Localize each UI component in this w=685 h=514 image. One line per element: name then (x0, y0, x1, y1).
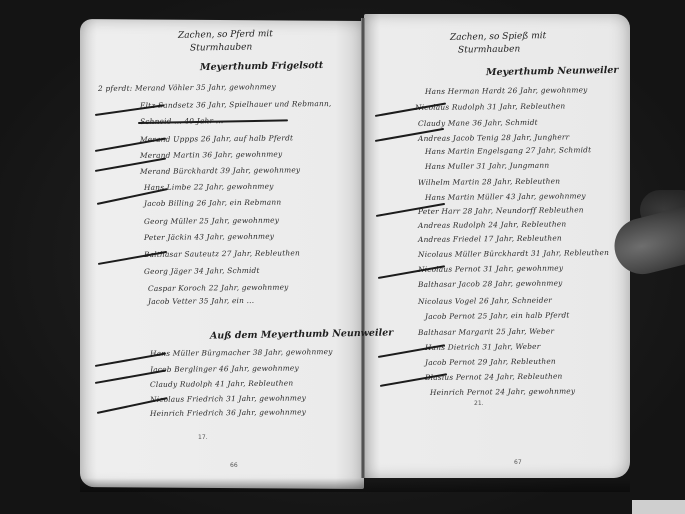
right-title-line1: Zachen, so Spieß mit (450, 31, 546, 43)
right-section-heading: Meyerthumb Neunweiler (486, 65, 619, 78)
entry-line: Hans Martin Engelsgang 27 Jahr, Schmidt (425, 145, 591, 156)
right-manuscript-page (364, 14, 630, 478)
right-folio-number: 21. (474, 400, 484, 407)
entry-line: Claudy Mane 36 Jahr, Schmidt (418, 118, 538, 128)
left-folio-number: 17. (198, 434, 208, 441)
entry-line: Andreas Jacob Tenig 28 Jahr, Jungherr (418, 132, 569, 143)
entry-line: Balthasar Margarit 25 Jahr, Weber (418, 327, 554, 337)
entry-line: Nicolaus Friedrich 31 Jahr, gewohnmey (150, 393, 306, 404)
entry-line: Heinrich Friedrich 36 Jahr, gewohnmey (150, 407, 306, 418)
entry-line: Hans Martin Müller 43 Jahr, gewohnmey (425, 191, 586, 202)
entry-line: Andreas Friedel 17 Jahr, Rebleuthen (418, 233, 562, 244)
left-stamp-number: 66 (230, 462, 238, 469)
entry-line: Merand Bürckhardt 39 Jahr, gewohnmey (140, 165, 300, 176)
right-stamp-number: 67 (514, 459, 522, 466)
entry-line: Georg Müller 25 Jahr, gewohnmey (144, 216, 279, 226)
entry-line: Balthasar Sauteutz 27 Jahr, Rebleuthen (144, 248, 300, 259)
table-surface-corner (632, 500, 685, 514)
entry-line: Andreas Rudolph 24 Jahr, Rebleuthen (418, 219, 566, 230)
entry-line: Wilhelm Martin 28 Jahr, Rebleuthen (418, 177, 560, 187)
entry-line: Caspar Koroch 22 Jahr, gewohnmey (148, 283, 289, 293)
entry-line: Peter Jäckin 43 Jahr, gewohnmey (144, 232, 274, 242)
entry-line: Georg Jäger 34 Jahr, Schmidt (144, 266, 260, 276)
entry-line: 2 pferdt: Merand Vöhler 35 Jahr, gewohnm… (98, 82, 276, 93)
entry-line: Balthasar Jacob 28 Jahr, gewohnmey (418, 278, 563, 289)
left-section1-heading: Meyerthumb Frigelsott (200, 60, 323, 73)
entry-line: Hans Dietrich 31 Jahr, Weber (425, 342, 541, 352)
entry-line: Jacob Berglinger 46 Jahr, gewohnmey (150, 363, 299, 374)
left-title-line2: Sturmhauben (190, 42, 252, 53)
entry-line: Jacob Billing 26 Jahr, ein Rebmann (144, 198, 281, 208)
entry-line: Hans Herman Hardt 26 Jahr, gewohnmey (425, 85, 588, 96)
entry-line: Nicolaus Vogel 26 Jahr, Schneider (418, 296, 552, 306)
entry-line: Peter Harr 28 Jahr, Neundorff Rebleuthen (418, 205, 584, 216)
entry-line: Jacob Pernot 25 Jahr, ein halb Pferdt (425, 310, 570, 321)
book-gutter (361, 18, 365, 478)
entry-line: Heinrich Pernot 24 Jahr, gewohnmey (430, 386, 575, 397)
left-title-line1: Zachen, so Pferd mit (178, 29, 273, 41)
entry-line: Hans Muller 31 Jahr, Jungmann (425, 161, 549, 171)
page-bottom-shadow (80, 478, 630, 492)
entry-line: Hans Müller Bürgmacher 38 Jahr, gewohnme… (150, 347, 333, 358)
entry-line: Claudy Rudolph 41 Jahr, Rebleuthen (150, 378, 293, 388)
entry-line: Jacob Pernot 29 Jahr, Rebleuthen (425, 357, 556, 367)
right-title-line2: Sturmhauben (458, 44, 520, 55)
entry-line: Jacob Vetter 35 Jahr, ein ... (148, 296, 254, 306)
